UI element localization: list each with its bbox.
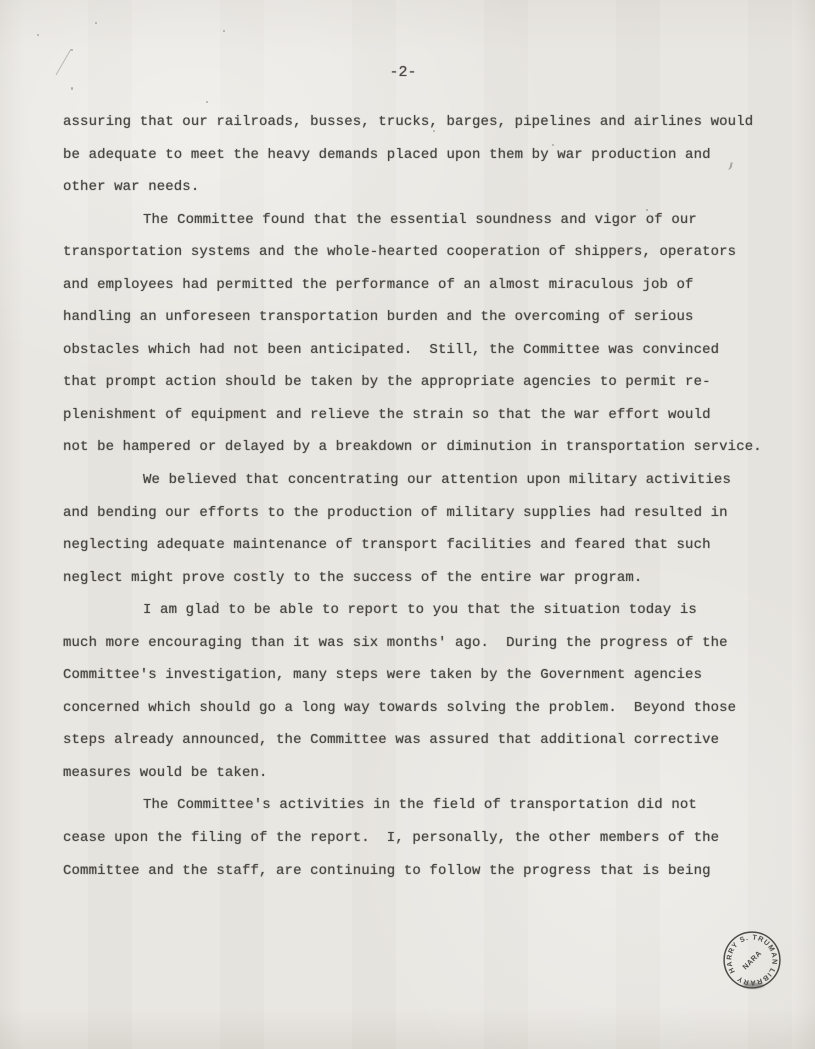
text-line: I am glad to be able to report to you th… (63, 594, 763, 627)
text-line: measures would be taken. (63, 757, 763, 790)
text-line: and employees had permitted the performa… (63, 269, 763, 302)
text-line: steps already announced, the Committee w… (63, 724, 763, 757)
text-line: handling an unforeseen transportation bu… (63, 301, 763, 334)
text-line: that prompt action should be taken by th… (63, 366, 763, 399)
text-line: The Committee found that the essential s… (63, 204, 763, 237)
paper-speck (71, 49, 73, 51)
document-body: assuring that our railroads, busses, tru… (63, 106, 763, 887)
paper-speck (206, 101, 208, 103)
paper-speck (223, 30, 225, 32)
text-line: plenishment of equipment and relieve the… (63, 399, 763, 432)
paragraph: I am glad to be able to report to you th… (63, 594, 763, 789)
text-line: not be hampered or delayed by a breakdow… (63, 431, 763, 464)
paper-speck (37, 34, 39, 36)
text-line: neglect might prove costly to the succes… (63, 562, 763, 595)
text-line: other war needs. (63, 171, 763, 204)
text-line: Committee's investigation, many steps we… (63, 659, 763, 692)
paragraph: The Committee found that the essential s… (63, 204, 763, 464)
text-line: much more encouraging than it was six mo… (63, 627, 763, 660)
text-line: be adequate to meet the heavy demands pl… (63, 139, 763, 172)
paragraph: The Committee's activities in the field … (63, 789, 763, 887)
document-page: -2- assuring that our railroads, busses,… (0, 0, 815, 1049)
paper-speck (646, 209, 648, 211)
text-line: neglecting adequate maintenance of trans… (63, 529, 763, 562)
paper-speck (215, 601, 217, 603)
text-line: The Committee's activities in the field … (63, 789, 763, 822)
paper-speck (71, 87, 73, 90)
text-line: concerned which should go a long way tow… (63, 692, 763, 725)
stamp-icon: HARRY S. TRUMAN LIBRARY NARA (721, 929, 783, 991)
stamp-center-text: NARA (741, 948, 764, 971)
paper-speck (433, 130, 435, 132)
paper-speck (552, 144, 554, 146)
text-line: transportation systems and the whole-hea… (63, 236, 763, 269)
text-line: and bending our efforts to the productio… (63, 497, 763, 530)
paragraph: We believed that concentrating our atten… (63, 464, 763, 594)
text-line: obstacles which had not been anticipated… (63, 334, 763, 367)
text-line: Committee and the staff, are continuing … (63, 855, 763, 888)
paper-speck (95, 22, 97, 24)
paragraph: assuring that our railroads, busses, tru… (63, 106, 763, 204)
page-number: -2- (0, 64, 806, 81)
text-line: cease upon the filing of the report. I, … (63, 822, 763, 855)
text-line: We believed that concentrating our atten… (63, 464, 763, 497)
text-line: assuring that our railroads, busses, tru… (63, 106, 763, 139)
truman-library-stamp: HARRY S. TRUMAN LIBRARY NARA (721, 929, 783, 991)
